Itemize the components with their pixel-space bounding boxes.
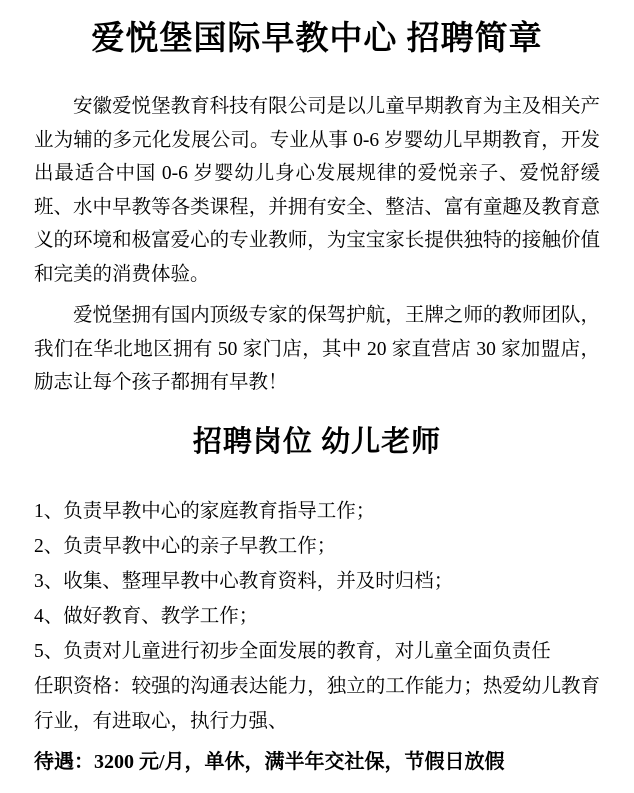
duty-item-1: 1、负责早教中心的家庭教育指导工作； — [34, 494, 600, 529]
document-page: 爱悦堡国际早教中心 招聘简章 安徽爱悦堡教育科技有限公司是以儿童早期教育为主及相… — [0, 0, 634, 793]
duty-item-5: 5、负责对儿童进行初步全面发展的教育，对儿童全面负责任 — [34, 634, 600, 669]
document-title: 爱悦堡国际早教中心 招聘简章 — [34, 16, 600, 62]
intro-paragraph-stores: 爱悦堡拥有国内顶级专家的保驾护航，王牌之师的教师团队，我们在华北地区拥有 50 … — [34, 299, 600, 400]
duty-item-2: 2、负责早教中心的亲子早教工作； — [34, 529, 600, 564]
salary-benefits-line: 待遇：3200 元/月，单休，满半年交社保，节假日放假 — [34, 745, 600, 780]
duty-item-4: 4、做好教育、教学工作； — [34, 599, 600, 634]
intro-paragraph-company: 安徽爱悦堡教育科技有限公司是以儿童早期教育为主及相关产业为辅的多元化发展公司。专… — [34, 90, 600, 291]
qualifications-text: 任职资格：较强的沟通表达能力，独立的工作能力；热爱幼儿教育行业，有进取心，执行力… — [34, 669, 600, 739]
duty-list: 1、负责早教中心的家庭教育指导工作； 2、负责早教中心的亲子早教工作； 3、收集… — [34, 494, 600, 669]
section-heading-position: 招聘岗位 幼儿老师 — [34, 422, 600, 462]
duty-item-3: 3、收集、整理早教中心教育资料，并及时归档； — [34, 564, 600, 599]
